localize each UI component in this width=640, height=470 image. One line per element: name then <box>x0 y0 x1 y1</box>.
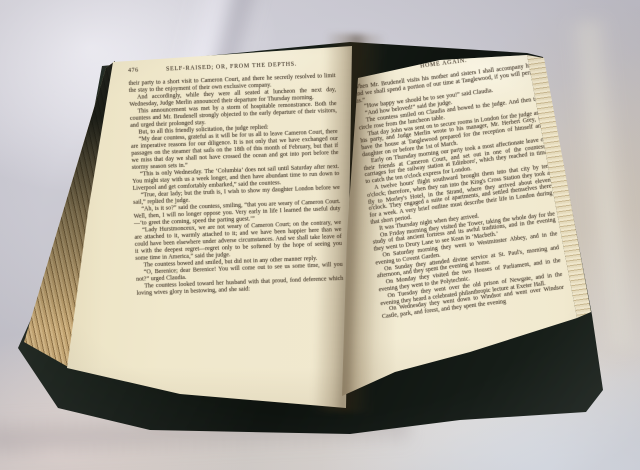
left-page-text: 476 SELF-RAISED; OR, FROM THE DEPTHS. th… <box>128 60 344 298</box>
left-page-number: 476 <box>128 67 154 74</box>
gutter-shadow <box>311 33 386 413</box>
right-page-body: When Mr. Brudenell visits his mother and… <box>354 62 566 321</box>
left-page-body: their party to a short visit to Cameron … <box>128 73 343 298</box>
photo-open-book: 476 SELF-RAISED; OR, FROM THE DEPTHS. th… <box>0 0 640 470</box>
